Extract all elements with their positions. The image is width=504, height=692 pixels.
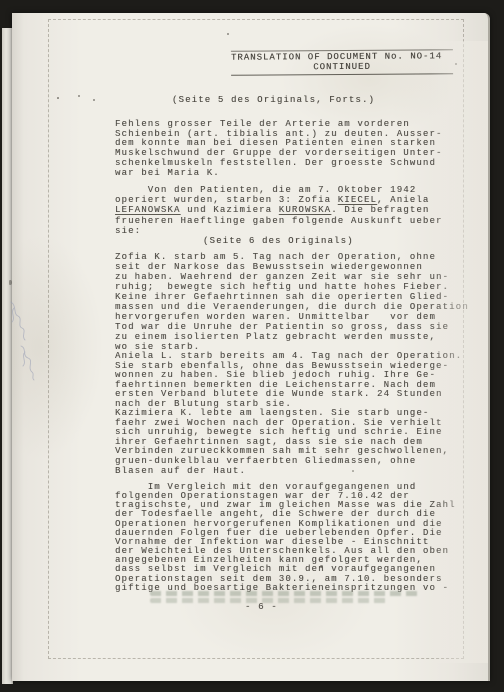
text-line: zu haben. Waehrend der ganzen Zeit war s… xyxy=(115,272,469,282)
text-line: operiert wurden, starben 3: Zofia KIECEL… xyxy=(115,195,443,205)
text-line: Blasen auf der Haut. xyxy=(115,467,449,477)
paper-speck xyxy=(227,33,229,35)
text-line: hervorgerufen worden waren. Unmittelbar … xyxy=(115,312,469,322)
stamp-continued-label: CONTINUED xyxy=(231,61,453,73)
translation-stamp: TRANSLATION OF DOCUMENT No. NO-14 CONTIN… xyxy=(231,49,453,76)
para-von-den-patienten: Von den Patienten, die am 7. Oktober 194… xyxy=(115,185,443,236)
text-line: frueheren Haeftlinge gaben folgende Ausk… xyxy=(115,216,443,226)
paper-speck xyxy=(352,470,354,472)
para-aniela-l: Aniela L. starb bereits am 4. Tag nach d… xyxy=(115,352,462,409)
text-line: war bei Maria K. xyxy=(115,169,443,179)
text-line: LEFANOWSKA und Kazimiera KUROWSKA. Die b… xyxy=(115,205,443,215)
text-line: ruhig; bewegte sich heftig und hatte hoh… xyxy=(115,282,469,292)
text-line: zu einem isolierten Platz gebracht werde… xyxy=(115,332,469,342)
text-line: Von den Patienten, die am 7. Oktober 194… xyxy=(115,185,443,195)
document-page: TRANSLATION OF DOCUMENT No. NO-14 CONTIN… xyxy=(12,13,490,681)
heading-seite-5: (Seite 5 des Originals, Forts.) xyxy=(172,95,375,105)
para-kazimiera-k: Kazimiera K. lebte am laengsten. Sie sta… xyxy=(115,409,449,476)
text-line: Keine ihrer Gefaehrtinnen sah die operie… xyxy=(115,292,469,302)
paper-speck xyxy=(93,99,95,101)
para-zofia-k: Zofia K. starb am 5. Tag nach der Operat… xyxy=(115,252,469,352)
para-fehlens-grosser-teile: Fehlens grosser Teile der Arterie am vor… xyxy=(115,120,443,178)
text-line: seit der Narkose das Bewusstsein wiederg… xyxy=(115,262,469,272)
text-line: sie: xyxy=(115,226,443,236)
bleedthrough-text-line-1 xyxy=(150,591,418,596)
page-number: - 6 - xyxy=(245,602,278,612)
text-line: Tod war die Unruhe der Patientin so gros… xyxy=(115,322,469,332)
text-line: massen und die Veraenderungen, die durch… xyxy=(115,302,469,312)
stamp-title: TRANSLATION OF DOCUMENT No. NO-14 xyxy=(231,49,453,63)
heading-seite-6: (Seite 6 des Originals) xyxy=(203,236,354,246)
photo-background: TRANSLATION OF DOCUMENT No. NO-14 CONTIN… xyxy=(0,0,504,692)
paper-speck xyxy=(78,95,80,97)
handwritten-margin-note xyxy=(1,294,43,386)
paper-speck xyxy=(320,565,323,568)
para-im-vergleich: Im Vergleich mit den voraufgegangenen un… xyxy=(115,483,456,593)
paper-speck xyxy=(57,97,59,99)
paper-speck xyxy=(455,63,457,65)
text-line: Zofia K. starb am 5. Tag nach der Operat… xyxy=(115,252,469,262)
